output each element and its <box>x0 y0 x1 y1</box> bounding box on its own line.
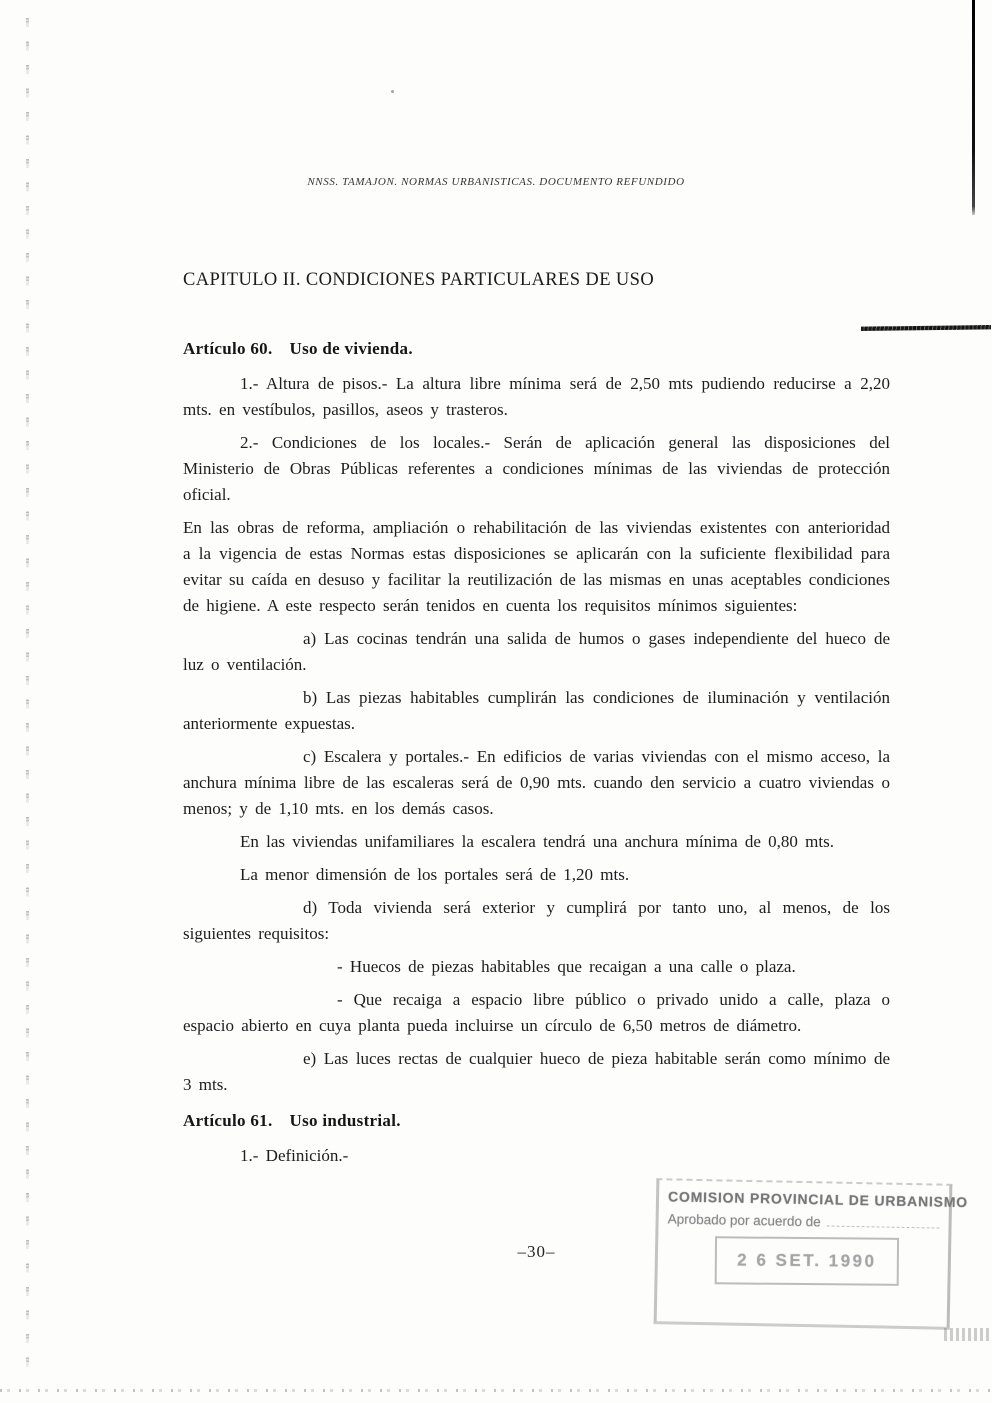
paragraph-condiciones-locales: 2.- Condiciones de los locales.- Serán d… <box>183 430 890 508</box>
paragraph-item-e: e) Las luces rectas de cualquier hueco d… <box>183 1046 890 1098</box>
paragraph-definicion: 1.- Definición.- <box>183 1143 890 1169</box>
text-column: CAPITULO II. CONDICIONES PARTICULARES DE… <box>183 270 890 1176</box>
approval-stamp: COMISION PROVINCIAL DE URBANISMO Aprobad… <box>654 1178 953 1330</box>
paragraph-dash-recaiga: - Que recaiga a espacio libre público o … <box>183 987 890 1039</box>
paragraph-altura-pisos: 1.- Altura de pisos.- La altura libre mí… <box>183 371 890 423</box>
stamp-date-box: 2 6 SET. 1990 <box>715 1236 899 1286</box>
stamp-approval-line: Aprobado por acuerdo de <box>668 1210 940 1231</box>
paragraph-item-b: b) Las piezas habitables cumplirán las c… <box>183 685 890 737</box>
paragraph-item-d: d) Toda vivienda será exterior y cumplir… <box>183 895 890 947</box>
left-margin-perforation-marks <box>26 18 29 1378</box>
bottom-edge-scan-line <box>0 1389 992 1392</box>
paragraph-unifamiliares: En las viviendas unifamiliares la escale… <box>183 829 890 855</box>
paragraph-dash-huecos: - Huecos de piezas habitables que recaig… <box>183 954 890 980</box>
paragraph-obras-reforma: En las obras de reforma, ampliación o re… <box>183 515 890 619</box>
paragraph-item-c: c) Escalera y portales.- En edificios de… <box>183 744 890 822</box>
running-header: NNSS. TAMAJON. NORMAS URBANISTICAS. DOCU… <box>0 176 992 188</box>
scanned-document-page: NNSS. TAMAJON. NORMAS URBANISTICAS. DOCU… <box>0 0 992 1403</box>
stamp-fill-in-line <box>827 1213 940 1228</box>
article-61-number: Artículo 61. <box>183 1111 273 1130</box>
paragraph-item-a: a) Las cocinas tendrán una salida de hum… <box>183 626 890 678</box>
article-61-title: Uso industrial. <box>290 1111 401 1130</box>
chapter-title: CAPITULO II. CONDICIONES PARTICULARES DE… <box>183 270 890 291</box>
scan-speck <box>391 90 394 93</box>
article-60-title: Uso de vivienda. <box>290 339 413 358</box>
stamp-date: 2 6 SET. 1990 <box>737 1250 876 1271</box>
stamp-commission-name: COMISION PROVINCIAL DE URBANISMO <box>668 1188 940 1209</box>
stamp-approval-text: Aprobado por acuerdo de <box>668 1211 821 1229</box>
bottom-right-scan-marks <box>944 1328 990 1341</box>
article-60-heading: Artículo 60.Uso de vivienda. <box>183 339 890 359</box>
paragraph-portales: La menor dimensión de los portales será … <box>183 862 890 888</box>
article-60-number: Artículo 60. <box>183 339 273 358</box>
article-61-heading: Artículo 61.Uso industrial. <box>183 1111 890 1131</box>
